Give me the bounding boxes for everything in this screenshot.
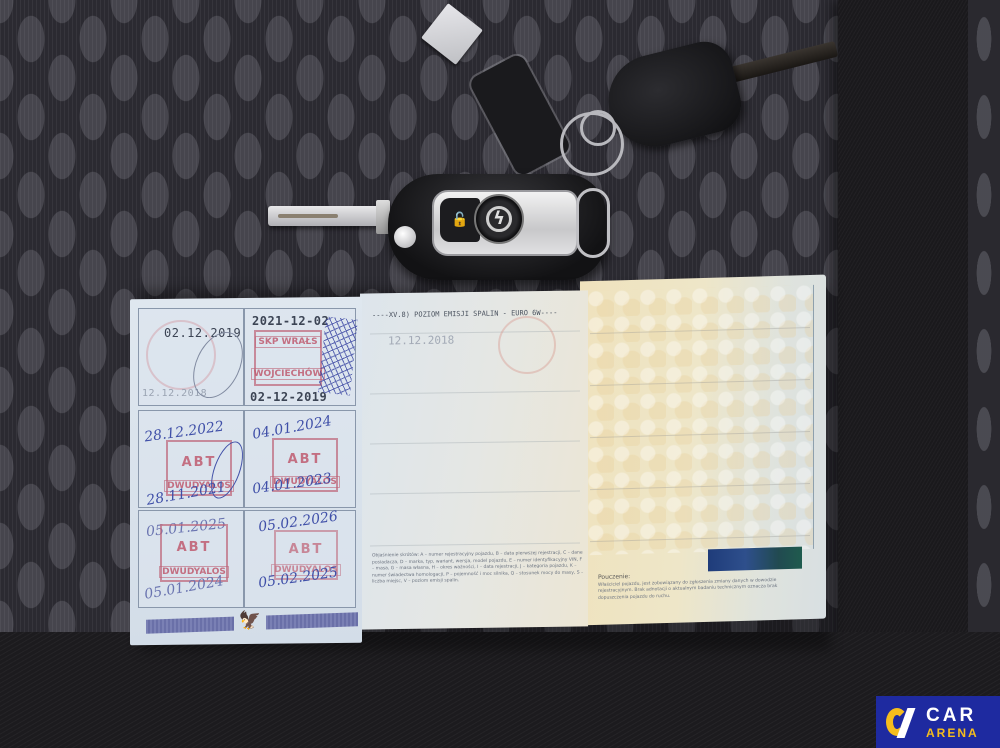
- seat-bolster: [838, 0, 968, 700]
- security-pattern: [588, 285, 814, 555]
- station-location: WOJCIECHÓW: [251, 368, 326, 380]
- watermark-line-2: ARENA: [926, 727, 979, 739]
- stamp-code: ABT: [177, 540, 212, 555]
- stamp-code: ABT: [288, 452, 323, 467]
- watermark-line-1: CAR: [926, 706, 979, 725]
- rule-line: [370, 441, 580, 445]
- brand-bolt-icon: ϟ: [486, 206, 512, 232]
- abbreviations-fine-print: Objaśnienie skrótów: A – numer rejestrac…: [372, 551, 584, 586]
- inspection-date: 02-12-2019: [250, 390, 327, 404]
- flip-key-ring: [576, 188, 610, 258]
- car-arena-watermark: CAR ARENA: [876, 696, 1000, 748]
- guilloche-bar: [266, 612, 358, 629]
- inspection-date: 2021-12-02: [252, 314, 329, 328]
- flip-key-release-button: [394, 226, 416, 248]
- rule-line: [370, 543, 580, 547]
- guilloche-bar: [146, 617, 234, 634]
- rule-line: [370, 391, 580, 395]
- car-brand-logo-icon: ϟ: [474, 194, 524, 244]
- eagle-emblem-icon: 🦅: [238, 610, 262, 632]
- watermark-text: CAR ARENA: [926, 706, 979, 739]
- flip-key-blade: [268, 206, 386, 226]
- faded-date: 12.12.2018: [388, 334, 454, 348]
- faded-round-stamp: [498, 316, 556, 374]
- key-ring-small: [580, 110, 616, 146]
- hologram-strip: [708, 547, 802, 572]
- inspection-station-stamp: SKP WRAŁS WOJCIECHÓW: [254, 330, 322, 386]
- rule-line: [370, 491, 580, 495]
- car-arena-logo-icon: [886, 706, 920, 738]
- stamp-code: ABT: [289, 542, 324, 557]
- station-code: SKP WRAŁS: [255, 336, 320, 348]
- stamp-code: ABT: [182, 455, 217, 470]
